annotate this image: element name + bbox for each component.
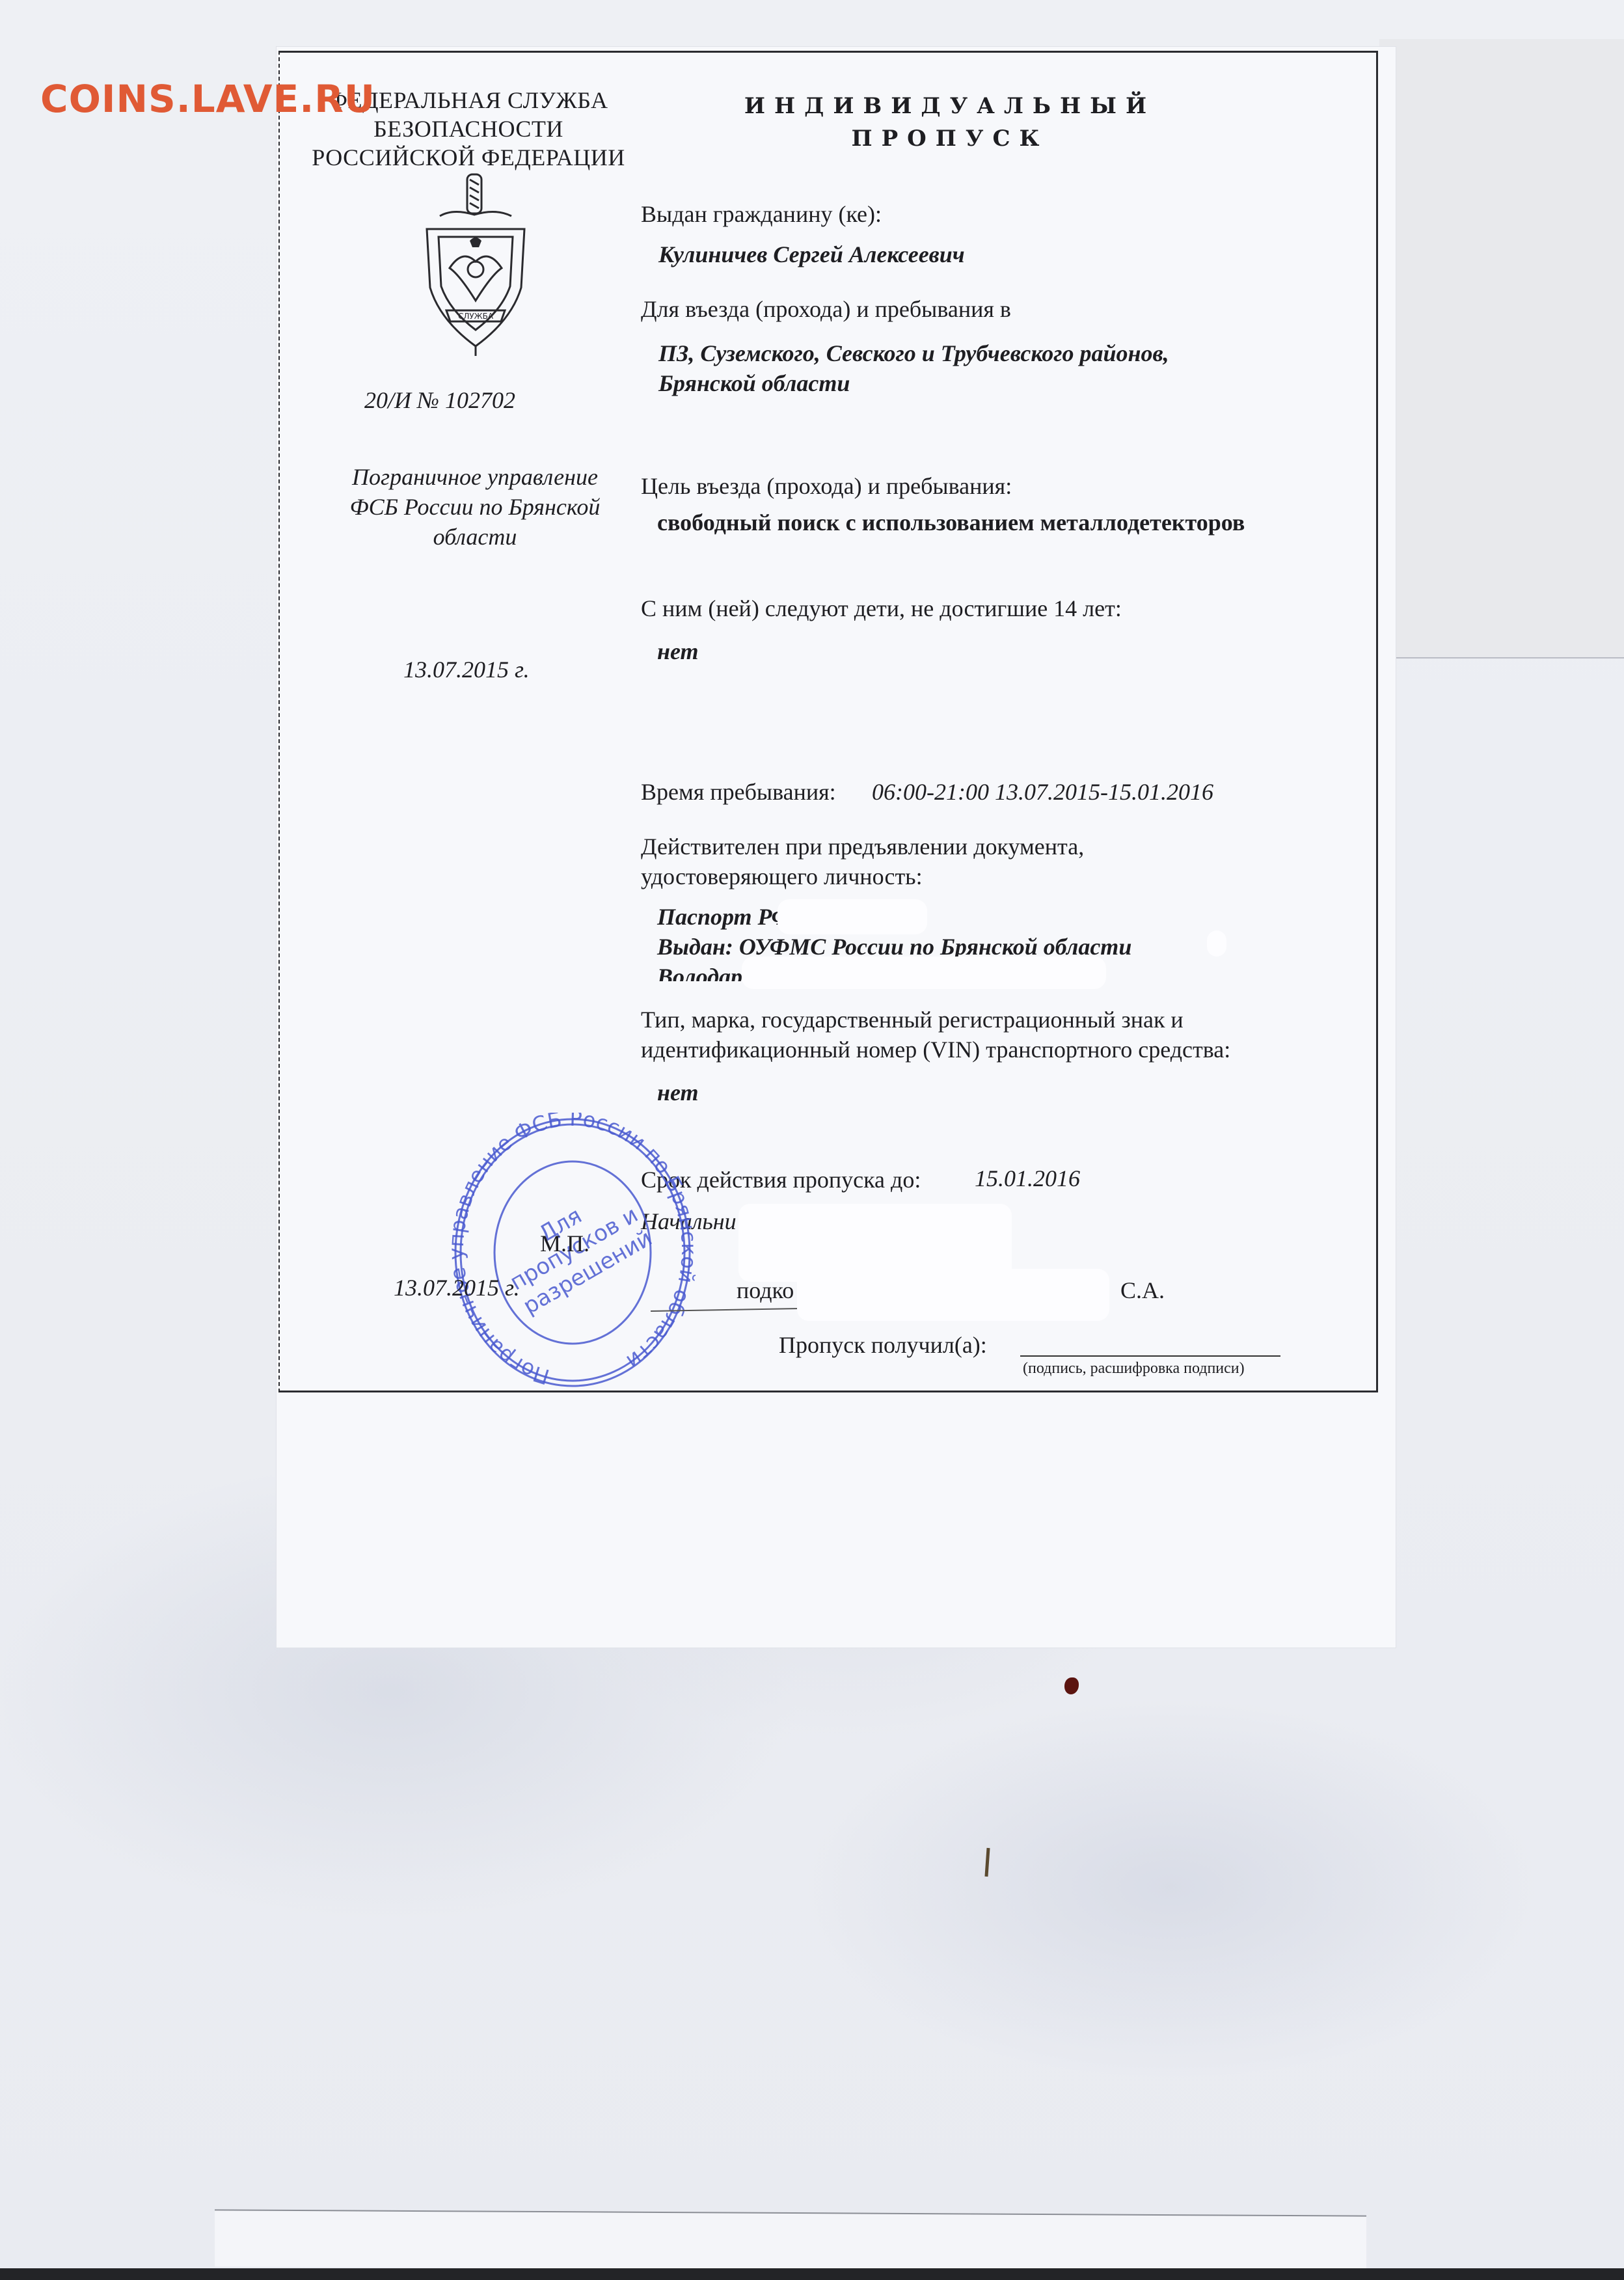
bottom-paper-slip bbox=[215, 2209, 1366, 2272]
agency-line: РОССИЙСКОЙ ФЕДЕРАЦИИ bbox=[296, 143, 641, 172]
id-doc-label: Действителен при предъявлении документа, bbox=[641, 833, 1084, 860]
redaction bbox=[778, 899, 927, 934]
registration-number: 20/И № 102702 bbox=[364, 387, 515, 414]
purpose-value: свободный поиск с использованием металло… bbox=[657, 509, 1245, 536]
watermark: COINS.LAVE.RU bbox=[40, 77, 375, 121]
vehicle-label: Тип, марка, государственный регистрацион… bbox=[641, 1006, 1184, 1033]
received-label: Пропуск получил(а): bbox=[779, 1331, 987, 1359]
stay-time-value: 06:00-21:00 13.07.2015-15.01.2016 bbox=[872, 778, 1213, 806]
signatory-rank: подко bbox=[737, 1277, 794, 1304]
purpose-label: Цель въезда (прохода) и пребывания: bbox=[641, 472, 1012, 500]
holder-name: Кулиничев Сергей Алексеевич bbox=[658, 241, 965, 268]
vehicle-value: нет bbox=[657, 1079, 699, 1106]
children-value: нет bbox=[657, 638, 699, 665]
children-label: С ним (ней) следуют дети, не достигшие 1… bbox=[641, 595, 1122, 622]
destination-label: Для въезда (прохода) и пребывания в bbox=[641, 295, 1011, 323]
document-title: ИНДИВИДУАЛЬНЫЙ ПРОПУСК bbox=[703, 90, 1197, 155]
title-line: ПРОПУСК bbox=[703, 122, 1197, 155]
id-doc-label: удостоверяющего личность: bbox=[641, 863, 923, 890]
received-signature-line bbox=[1020, 1355, 1280, 1357]
stay-time-label: Время пребывания: bbox=[641, 778, 836, 806]
signatory-initials: С.А. bbox=[1120, 1277, 1165, 1304]
underlying-page-strip bbox=[1379, 39, 1624, 658]
destination-line: ПЗ, Суземского, Севского и Трубчевского … bbox=[658, 340, 1169, 367]
issuer-line: области bbox=[319, 522, 631, 552]
title-line: ИНДИВИДУАЛЬНЫЙ bbox=[703, 90, 1197, 122]
seal-mark: М.П. bbox=[540, 1230, 589, 1257]
fsb-emblem-icon: СЛУЖБА bbox=[414, 170, 537, 359]
issuer-line: ФСБ России по Брянской bbox=[319, 492, 631, 522]
scanner-edge bbox=[0, 2268, 1624, 2280]
redaction bbox=[1207, 930, 1226, 957]
issuer-line: Пограничное управление bbox=[319, 462, 631, 492]
svg-text:СЛУЖБА: СЛУЖБА bbox=[458, 312, 494, 321]
received-hint: (подпись, расшифровка подписи) bbox=[1023, 1360, 1245, 1377]
vehicle-label: идентификационный номер (VIN) транспортн… bbox=[641, 1036, 1230, 1063]
validity-value: 15.01.2016 bbox=[975, 1165, 1080, 1192]
destination-line: Брянской области bbox=[658, 370, 850, 397]
redaction bbox=[742, 957, 1106, 989]
redaction bbox=[797, 1269, 1109, 1321]
issue-date: 13.07.2015 г. bbox=[403, 656, 530, 683]
issued-to-label: Выдан гражданину (ке): bbox=[641, 200, 882, 228]
issuing-authority: Пограничное управление ФСБ России по Бря… bbox=[319, 462, 631, 552]
signature-date: 13.07.2015 г. bbox=[394, 1274, 520, 1301]
passport-value: Паспорт РФ bbox=[657, 903, 791, 930]
